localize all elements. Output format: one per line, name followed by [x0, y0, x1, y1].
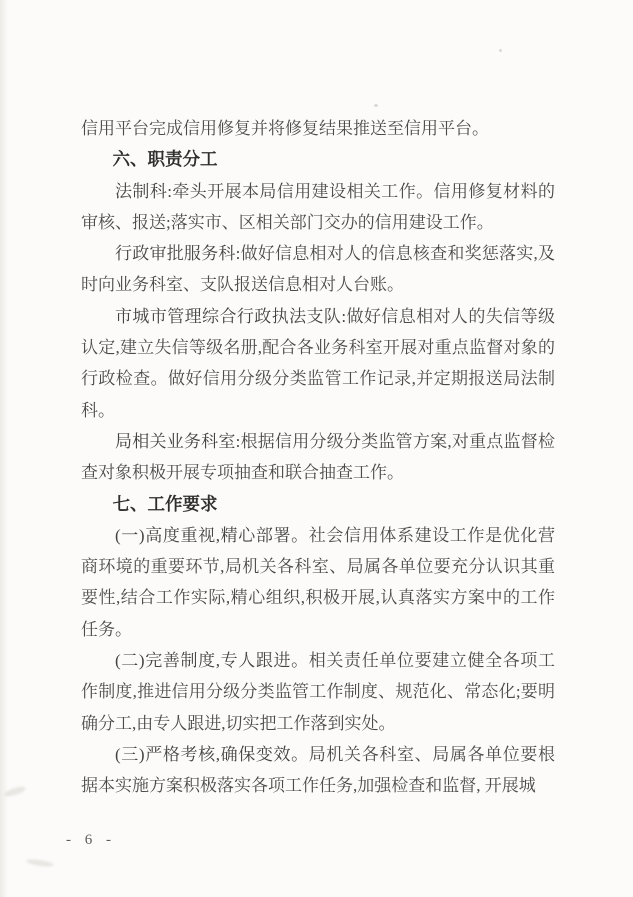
paragraph-requirement-2: (二)完善制度,专人跟进。相关责任单位要建立健全各项工作制度,推进信用分级分类监… — [81, 645, 555, 739]
scan-speck — [499, 49, 502, 52]
paragraph-continuation: 信用平台完成信用修复并将修复结果推送至信用平台。 — [81, 113, 555, 144]
paragraph-requirement-3: (三)严格考核,确保变效。局机关各科室、局属各单位要根据本实施方案积极落实各项工… — [81, 739, 555, 802]
paragraph-lead: 行政审批服务科: — [115, 244, 240, 263]
document-body: 信用平台完成信用修复并将修复结果推送至信用平台。 六、职责分工 法制科:牵头开展… — [81, 113, 555, 802]
section-heading-6: 六、职责分工 — [81, 144, 555, 175]
paragraph-fazhike: 法制科:牵头开展本局信用建设相关工作。信用修复材料的审核、报送;落实市、区相关部… — [81, 176, 555, 239]
paragraph-xingzheng-shenpi: 行政审批服务科:做好信息相对人的信息核查和奖惩落实,及时向业务科室、支队报送信息… — [81, 238, 555, 301]
scan-smudge — [26, 858, 55, 868]
paragraph-lead: 局相关业务科室: — [115, 432, 240, 451]
paragraph-lead: 市城市管理综合行政执法支队: — [115, 307, 346, 326]
paragraph-text: 信用平台完成信用修复并将修复结果推送至信用平台。 — [81, 119, 489, 138]
paragraph-zhifa-zhidui: 市城市管理综合行政执法支队:做好信息相对人的失信等级认定,建立失信等级名册,配合… — [81, 301, 555, 426]
paragraph-lead: (二)完善制度,专人跟进。 — [115, 651, 309, 670]
scan-edge-artifact — [0, 0, 8, 897]
paragraph-lead: (一)高度重视,精心部署。 — [115, 526, 309, 545]
page-number: - 6 - — [66, 832, 116, 849]
paragraph-lead: 法制科: — [115, 182, 172, 201]
document-page: 信用平台完成信用修复并将修复结果推送至信用平台。 六、职责分工 法制科:牵头开展… — [0, 0, 633, 897]
scan-speck — [374, 104, 378, 107]
paragraph-lead: (三)严格考核,确保变效。 — [115, 745, 309, 764]
paragraph-yewu-keshi: 局相关业务科室:根据信用分级分类监管方案,对重点监督检查对象积极开展专项抽查和联… — [81, 426, 555, 489]
paragraph-requirement-1: (一)高度重视,精心部署。社会信用体系建设工作是优化营商环境的重要环节,局机关各… — [81, 520, 555, 645]
section-heading-7: 七、工作要求 — [81, 489, 555, 520]
